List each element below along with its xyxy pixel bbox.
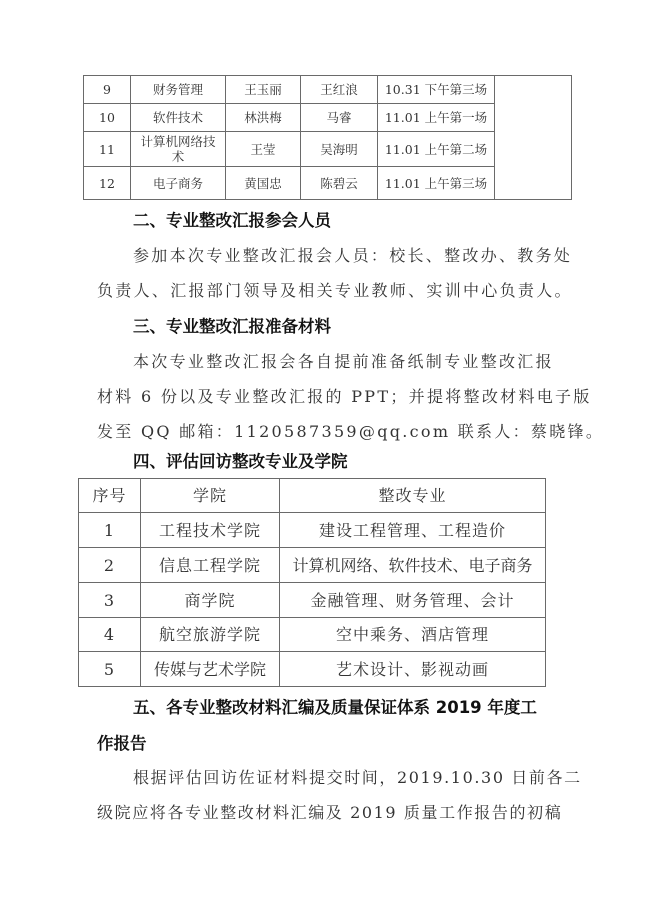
section-3-line-1: 本次专业整改汇报会各自提前准备纸制专业整改汇报: [133, 349, 554, 372]
row-number: 11: [84, 132, 131, 167]
major-name: 电子商务: [131, 167, 226, 200]
person-one: 王莹: [226, 132, 301, 167]
college-majors-table: 序号 学院 整改专业 1 工程技术学院 建设工程管理、工程造价 2 信息工程学院…: [78, 478, 546, 687]
major-list: 艺术设计、影视动画: [280, 652, 546, 687]
person-one: 王玉丽: [226, 76, 301, 104]
college-name: 工程技术学院: [141, 513, 280, 548]
session-time: 11.01 上午第二场: [378, 132, 495, 167]
table-row: 2 信息工程学院 计算机网络、软件技术、电子商务: [79, 548, 546, 583]
row-number: 3: [79, 583, 141, 618]
table-header-row: 序号 学院 整改专业: [79, 479, 546, 513]
college-name: 传媒与艺术学院: [141, 652, 280, 687]
session-time: 11.01 上午第三场: [378, 167, 495, 200]
person-two: 吴海明: [301, 132, 378, 167]
table-row: 9 财务管理 王玉丽 王红浪 10.31 下午第三场: [84, 76, 572, 104]
section-3-heading: 三、专业整改汇报准备材料: [133, 313, 331, 337]
section-2-line-2: 负责人、汇报部门领导及相关专业教师、实训中心负责人。: [97, 278, 573, 301]
major-name: 计算机网络技术: [131, 132, 226, 167]
major-list: 建设工程管理、工程造价: [280, 513, 546, 548]
college-name: 航空旅游学院: [141, 618, 280, 652]
session-time: 10.31 下午第三场: [378, 76, 495, 104]
person-two: 王红浪: [301, 76, 378, 104]
row-number: 4: [79, 618, 141, 652]
section-2-heading: 二、专业整改汇报参会人员: [133, 207, 331, 231]
section-5-heading-line-2: 作报告: [97, 730, 147, 754]
schedule-table: 9 财务管理 王玉丽 王红浪 10.31 下午第三场 10 软件技术 林洪梅 马…: [83, 75, 572, 200]
table-row: 5 传媒与艺术学院 艺术设计、影视动画: [79, 652, 546, 687]
major-list: 计算机网络、软件技术、电子商务: [280, 548, 546, 583]
section-4-heading: 四、评估回访整改专业及学院: [133, 448, 348, 472]
section-5-line-1: 根据评估回访佐证材料提交时间，2019.10.30 日前各二: [133, 765, 582, 788]
row-number: 1: [79, 513, 141, 548]
row-number: 5: [79, 652, 141, 687]
major-list: 金融管理、财务管理、会计: [280, 583, 546, 618]
session-time: 11.01 上午第一场: [378, 104, 495, 132]
major-name: 财务管理: [131, 76, 226, 104]
person-two: 马睿: [301, 104, 378, 132]
row-number: 9: [84, 76, 131, 104]
row-number: 2: [79, 548, 141, 583]
section-5-heading-line-1: 五、各专业整改材料汇编及质量保证体系 2019 年度工: [133, 694, 537, 718]
section-2-line-1: 参加本次专业整改汇报会人员：校长、整改办、教务处: [133, 243, 572, 266]
header-majors: 整改专业: [280, 479, 546, 513]
college-name: 商学院: [141, 583, 280, 618]
major-name: 软件技术: [131, 104, 226, 132]
section-5-line-2: 级院应将各专业整改材料汇编及 2019 质量工作报告的初稿: [97, 800, 562, 823]
major-list: 空中乘务、酒店管理: [280, 618, 546, 652]
person-one: 黄国忠: [226, 167, 301, 200]
table-row: 4 航空旅游学院 空中乘务、酒店管理: [79, 618, 546, 652]
person-one: 林洪梅: [226, 104, 301, 132]
row-number: 12: [84, 167, 131, 200]
header-number: 序号: [79, 479, 141, 513]
table-row: 1 工程技术学院 建设工程管理、工程造价: [79, 513, 546, 548]
section-3-line-3: 发至 QQ 邮箱：1120587359@qq.com 联系人：蔡晓锋。: [97, 419, 604, 442]
merged-empty-cell: [495, 76, 572, 200]
table-row: 3 商学院 金融管理、财务管理、会计: [79, 583, 546, 618]
header-college: 学院: [141, 479, 280, 513]
row-number: 10: [84, 104, 131, 132]
college-name: 信息工程学院: [141, 548, 280, 583]
person-two: 陈碧云: [301, 167, 378, 200]
section-3-line-2: 材料 6 份以及专业整改汇报的 PPT；并提将整改材料电子版: [97, 384, 592, 407]
